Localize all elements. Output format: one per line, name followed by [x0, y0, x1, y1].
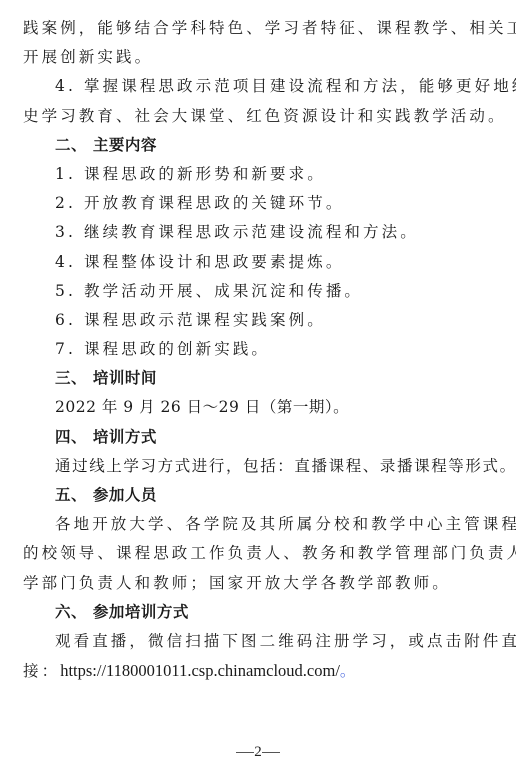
list-item: 6. 课程思政示范课程实践案例。: [23, 306, 493, 335]
list-item: 3. 继续教育课程思政示范建设流程和方法。: [23, 218, 493, 247]
objective-4-line: 4. 掌握课程思政示范项目建设流程和方法，能够更好地结合党: [23, 72, 493, 101]
how-to-join-line: 接：https://1180001011.csp.chinamcloud.com…: [23, 656, 493, 685]
objective-4-line: 史学习教育、社会大课堂、红色资源设计和实践教学活动。: [23, 102, 493, 131]
training-time-text: 2022 年 9 月 26 日～29 日（第一期）。: [23, 393, 493, 422]
list-item: 1. 课程思政的新形势和新要求。: [23, 160, 493, 189]
paragraph-line: 开展创新实践。: [23, 43, 493, 72]
link-prefix: 接：: [23, 662, 60, 680]
section-heading-training-time: 三、 培训时间: [23, 364, 493, 393]
link-suffix: 。: [340, 662, 359, 680]
list-item: 5. 教学活动开展、成果沉淀和传播。: [23, 277, 493, 306]
participants-line: 的校领导、课程思政工作负责人、教务和教学管理部门负责人、教: [23, 539, 493, 568]
dash-decoration: [236, 752, 254, 753]
training-method-text: 通过线上学习方式进行，包括：直播课程、录播课程等形式。: [23, 452, 493, 481]
participants-line: 各地开放大学、各学院及其所属分校和教学中心主管课程思政: [23, 510, 493, 539]
list-item: 4. 课程整体设计和思政要素提炼。: [23, 248, 493, 277]
page-number: 2: [254, 744, 262, 760]
list-item: 7. 课程思政的创新实践。: [23, 335, 493, 364]
page-footer: 2: [0, 744, 516, 761]
section-heading-main-content: 二、 主要内容: [23, 131, 493, 160]
how-to-join-line: 观看直播，微信扫描下图二维码注册学习，或点击附件直播链: [23, 627, 493, 656]
list-item: 2. 开放教育课程思政的关键环节。: [23, 189, 493, 218]
paragraph-line: 践案例，能够结合学科特色、学习者特征、课程教学、相关工作等: [23, 14, 493, 43]
dash-decoration: [262, 752, 280, 753]
participants-line: 学部门负责人和教师；国家开放大学各教学部教师。: [23, 569, 493, 598]
section-heading-participants: 五、 参加人员: [23, 481, 493, 510]
document-page: 践案例，能够结合学科特色、学习者特征、课程教学、相关工作等 开展创新实践。 4.…: [23, 14, 493, 685]
section-heading-how-to-join: 六、 参加培训方式: [23, 598, 493, 627]
live-stream-link[interactable]: https://1180001011.csp.chinamcloud.com/: [60, 661, 340, 680]
section-heading-training-method: 四、 培训方式: [23, 423, 493, 452]
